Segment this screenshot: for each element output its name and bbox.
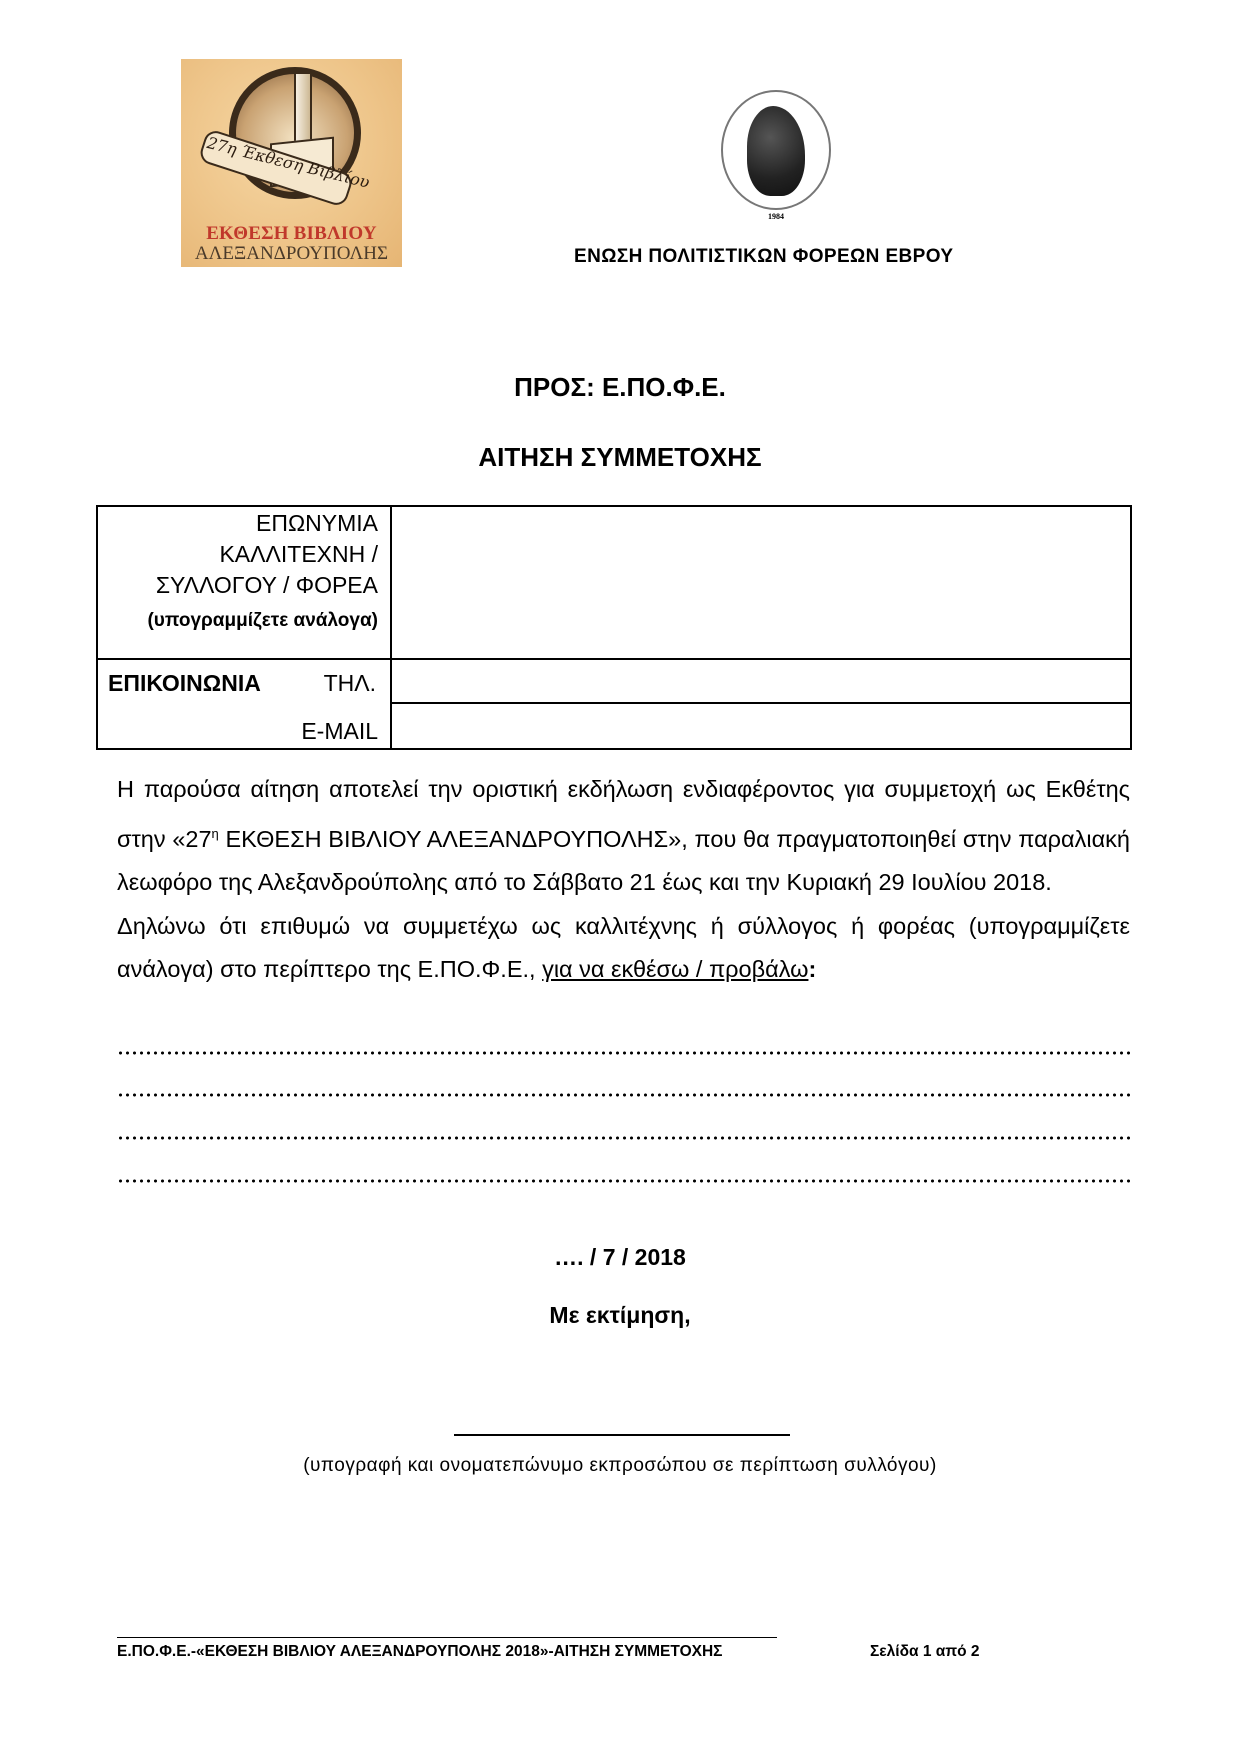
email-field[interactable] [392, 704, 1130, 744]
logo-title-line2: ΑΛΕΞΑΝΔΡΟΥΠΟΛΗΣ [181, 243, 402, 265]
page-title: ΑΙΤΗΣΗ ΣΥΜΜΕΤΟΧΗΣ [0, 442, 1240, 473]
emblem-year: 1984 [717, 212, 835, 221]
contact-value-cell [391, 659, 1131, 749]
underlined-purpose: για να εκθέσω / προβάλω [542, 956, 808, 982]
closing-salutation: Με εκτίμηση, [0, 1302, 1240, 1329]
union-emblem-logo: 1984 [717, 86, 837, 226]
name-value-cell[interactable] [391, 506, 1131, 659]
phone-field[interactable] [392, 660, 1130, 700]
colon: : [808, 956, 816, 982]
application-form-table: ΕΠΩΝΥΜΙΑ ΚΑΛΛΙΤΕΧΝΗ / ΣΥΛΛΟΓΟΥ / ΦΟΡΕΑ (… [96, 505, 1132, 750]
name-label-line: ΚΑΛΛΙΤΕΧΝΗ / [98, 538, 378, 569]
fill-line-1[interactable] [117, 1051, 1130, 1055]
ordinal-suffix: η [212, 826, 219, 841]
signature-caption: (υπογραφή και ονοματεπώνυμο εκπροσώπου σ… [0, 1455, 1240, 1477]
footer-title: Ε.ΠΟ.Φ.Ε.-«ΕΚΘΕΣΗ ΒΙΒΛΙΟΥ ΑΛΕΞΑΝΔΡΟΥΠΟΛΗ… [117, 1643, 722, 1661]
footer-divider [117, 1637, 777, 1638]
contact-label: ΕΠΙΚΟΙΝΩΝΙΑ [108, 670, 261, 697]
paragraph-declaration: Δηλώνω ότι επιθυμώ να συμμετέχω ως καλλι… [117, 905, 1130, 992]
name-label-note: (υπογραμμίζετε ανάλογα) [98, 610, 378, 632]
organization-name: ΕΝΩΣΗ ΠΟΛΙΤΙΣΤΙΚΩΝ ΦΟΡΕΩΝ ΕΒΡΟΥ [574, 246, 953, 268]
name-label-cell: ΕΠΩΝΥΜΙΑ ΚΑΛΛΙΤΕΧΝΗ / ΣΥΛΛΟΓΟΥ / ΦΟΡΕΑ (… [97, 506, 391, 659]
paragraph-intent: Η παρούσα αίτηση αποτελεί την οριστική ε… [117, 768, 1130, 905]
book-fair-logo: 27η Έκθεση Βιβλίου ΕΚΘΕΣΗ ΒΙΒΛΙΟΥ ΑΛΕΞΑΝ… [181, 59, 402, 267]
addressee: ΠΡΟΣ: Ε.ΠΟ.Φ.Ε. [0, 372, 1240, 403]
contact-row: ΕΠΙΚΟΙΝΩΝΙΑ ΤΗΛ. E-MAIL [97, 659, 1131, 749]
name-field[interactable] [392, 507, 1130, 653]
email-row [392, 704, 1130, 746]
date-line: …. / 7 / 2018 [0, 1244, 1240, 1271]
fill-line-2[interactable] [117, 1093, 1130, 1097]
name-row: ΕΠΩΝΥΜΙΑ ΚΑΛΛΙΤΕΧΝΗ / ΣΥΛΛΟΓΟΥ / ΦΟΡΕΑ (… [97, 506, 1131, 659]
phone-row [392, 660, 1130, 704]
signature-line[interactable] [454, 1434, 790, 1436]
declaration-text: Η παρούσα αίτηση αποτελεί την οριστική ε… [117, 768, 1130, 992]
lighthouse-icon [294, 72, 312, 146]
contact-label-cell: ΕΠΙΚΟΙΝΩΝΙΑ ΤΗΛ. E-MAIL [97, 659, 391, 749]
name-label-line: ΕΠΩΝΥΜΙΑ [98, 507, 378, 538]
logo-title-line1: ΕΚΘΕΣΗ ΒΙΒΛΙΟΥ [181, 223, 402, 245]
name-label-line: ΣΥΛΛΟΓΟΥ / ΦΟΡΕΑ [98, 569, 378, 600]
paragraph-intent-text-b: ΕΚΘΕΣΗ ΒΙΒΛΙΟΥ ΑΛΕΞΑΝΔΡΟΥΠΟΛΗΣ», που θα … [117, 826, 1130, 896]
phone-label: ΤΗΛ. [324, 670, 376, 697]
fill-line-4[interactable] [117, 1179, 1130, 1183]
page-number: Σελίδα 1 από 2 [870, 1643, 980, 1661]
fill-line-3[interactable] [117, 1136, 1130, 1140]
email-label: E-MAIL [301, 718, 378, 745]
